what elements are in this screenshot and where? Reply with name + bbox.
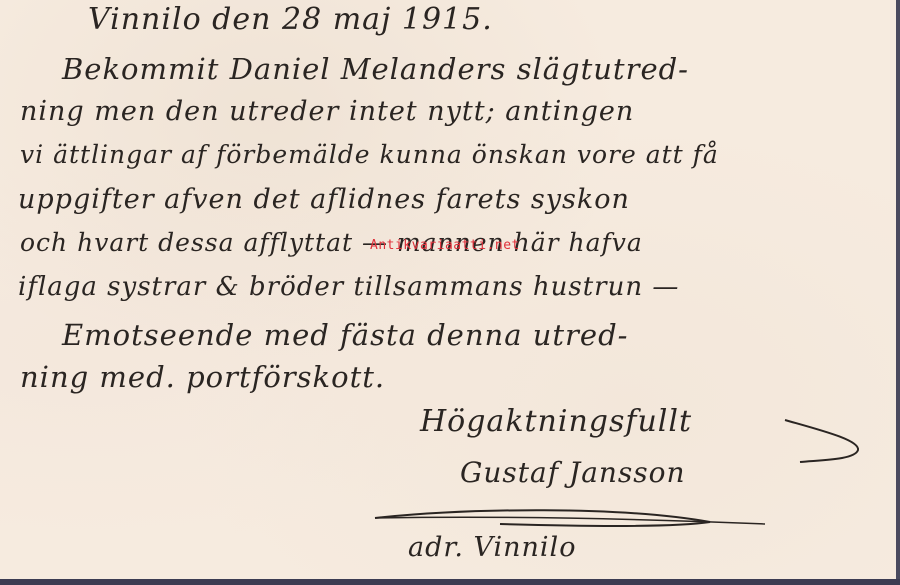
body-line-7: Emotseende med fästa denna utred- — [62, 318, 628, 352]
body-line-3: vi ättlingar af förbemälde kunna önskan … — [20, 140, 719, 169]
postcard: Vinnilo den 28 maj 1915. Bekommit Daniel… — [0, 0, 896, 579]
body-line-1: Bekommit Daniel Melanders slägtutred- — [62, 52, 689, 86]
signature: Gustaf Jansson — [460, 456, 686, 489]
body-line-8: ning med. portförskott. — [20, 360, 385, 394]
date-line: Vinnilo den 28 maj 1915. — [88, 2, 493, 37]
address-line: adr. Vinnilo — [408, 532, 576, 563]
body-line-4: uppgifter afven det aflidnes farets sysk… — [18, 184, 630, 215]
body-line-5: och hvart dessa afflyttat — mannen här h… — [20, 228, 643, 257]
body-line-6: iflaga systrar & bröder tillsammans hust… — [18, 272, 679, 302]
closing-text: Högaktningsfullt — [420, 404, 692, 439]
body-line-2: ning men den utreder intet nytt; antinge… — [20, 96, 634, 127]
closing-flourish-icon — [780, 410, 896, 470]
watermark: Antikvariaatti.net — [370, 238, 520, 253]
scan-edge-right — [896, 0, 900, 585]
scan-edge-bottom — [0, 579, 900, 585]
